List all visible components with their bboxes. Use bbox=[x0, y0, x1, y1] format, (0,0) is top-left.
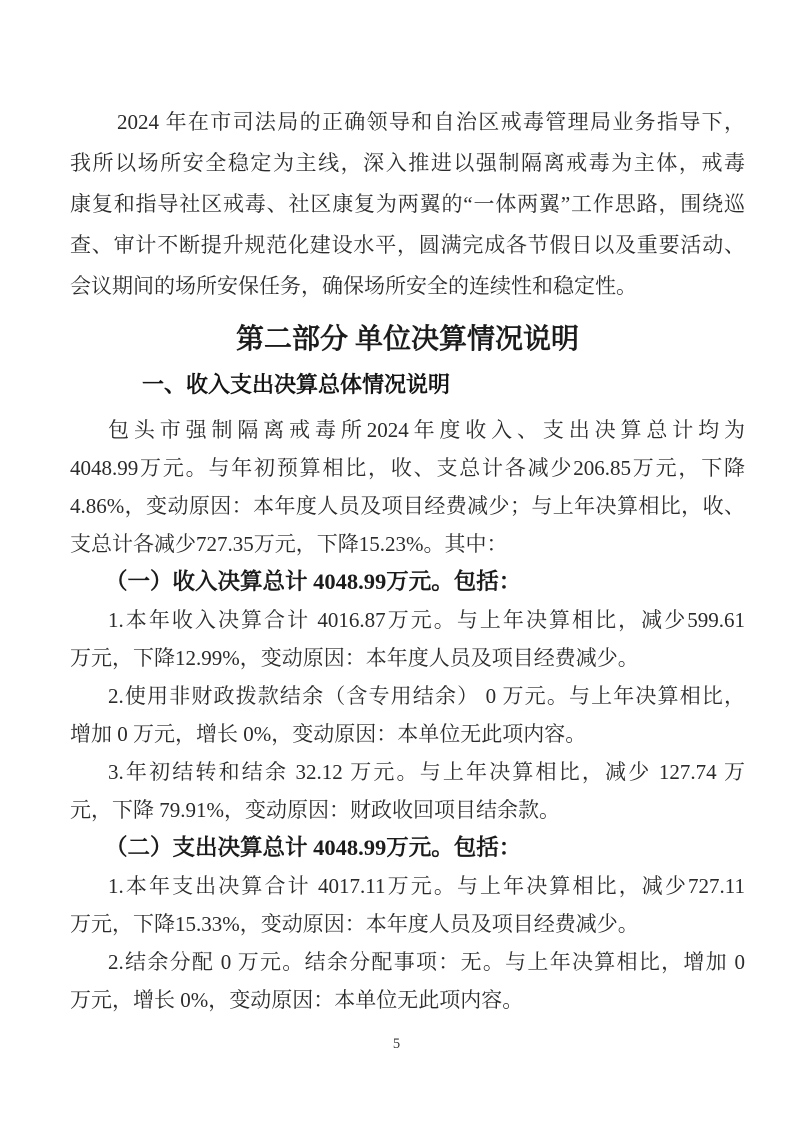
page-number: 5 bbox=[0, 1036, 793, 1053]
body-line: 3.年初结转和结余 32.12 万元。与上年决算相比，减少 127.74 万 bbox=[70, 753, 745, 791]
section-one-heading: 一、收入支出决算总体情况说明 bbox=[70, 368, 745, 402]
intro-line: 查、审计不断提升规范化建设水平，圆满完成各节假日以及重要活动、 bbox=[70, 225, 745, 266]
overview-paragraph: 包头市强制隔离戒毒所2024年度收入、支出决算总计均为 4048.99万元。与年… bbox=[70, 411, 745, 563]
intro-line: 康复和指导社区戒毒、社区康复为两翼的“一体两翼”工作思路，围绕巡 bbox=[70, 184, 745, 225]
income-item-2: 2.使用非财政拨款结余（含专用结余） 0 万元。与上年决算相比， 增加 0 万元… bbox=[70, 677, 745, 753]
income-item-3: 3.年初结转和结余 32.12 万元。与上年决算相比，减少 127.74 万 元… bbox=[70, 753, 745, 829]
expenditure-total-subheading: （二）支出决算总计 4048.99万元。包括： bbox=[70, 829, 745, 867]
intro-line: 会议期间的场所安保任务，确保场所安全的连续性和稳定性。 bbox=[70, 266, 745, 307]
body-line: 2.结余分配 0 万元。结余分配事项：无。与上年决算相比，增加 0 bbox=[70, 943, 745, 981]
part-two-heading: 第二部分 单位决算情况说明 bbox=[70, 320, 745, 360]
intro-line: 我所以场所安全稳定为主线，深入推进以强制隔离戒毒为主体，戒毒 bbox=[70, 143, 745, 184]
body-line: 1.本年支出决算合计 4017.11万元。与上年决算相比，减少727.11 bbox=[70, 867, 745, 905]
body-line: 万元，下降15.33%，变动原因：本年度人员及项目经费减少。 bbox=[70, 905, 745, 943]
body-line: 4048.99万元。与年初预算相比，收、支总计各减少206.85万元，下降 bbox=[70, 449, 745, 487]
expenditure-item-1: 1.本年支出决算合计 4017.11万元。与上年决算相比，减少727.11 万元… bbox=[70, 867, 745, 943]
income-item-1: 1.本年收入决算合计 4016.87万元。与上年决算相比，减少599.61 万元… bbox=[70, 601, 745, 677]
body-line: 元，下降 79.91%，变动原因：财政收回项目结余款。 bbox=[70, 791, 745, 829]
body-line: 包头市强制隔离戒毒所2024年度收入、支出决算总计均为 bbox=[70, 411, 745, 449]
expenditure-item-2: 2.结余分配 0 万元。结余分配事项：无。与上年决算相比，增加 0 万元，增长 … bbox=[70, 943, 745, 1019]
body-line: 4.86%，变动原因：本年度人员及项目经费减少；与上年决算相比，收、 bbox=[70, 487, 745, 525]
income-total-subheading: （一）收入决算总计 4048.99万元。包括： bbox=[70, 563, 745, 601]
body-line: 支总计各减少727.35万元，下降15.23%。其中： bbox=[70, 525, 745, 563]
body-line: 万元，下降12.99%，变动原因：本年度人员及项目经费减少。 bbox=[70, 639, 745, 677]
intro-line: 2024 年在市司法局的正确领导和自治区戒毒管理局业务指导下， bbox=[70, 102, 745, 143]
body-line: 2.使用非财政拨款结余（含专用结余） 0 万元。与上年决算相比， bbox=[70, 677, 745, 715]
body-line: 1.本年收入决算合计 4016.87万元。与上年决算相比，减少599.61 bbox=[70, 601, 745, 639]
document-page: 2024 年在市司法局的正确领导和自治区戒毒管理局业务指导下， 我所以场所安全稳… bbox=[0, 0, 793, 1122]
body-line: 万元，增长 0%，变动原因：本单位无此项内容。 bbox=[70, 981, 745, 1019]
intro-paragraph: 2024 年在市司法局的正确领导和自治区戒毒管理局业务指导下， 我所以场所安全稳… bbox=[70, 102, 745, 307]
body-line: 增加 0 万元，增长 0%，变动原因：本单位无此项内容。 bbox=[70, 715, 745, 753]
page-content: 2024 年在市司法局的正确领导和自治区戒毒管理局业务指导下， 我所以场所安全稳… bbox=[0, 0, 793, 1019]
